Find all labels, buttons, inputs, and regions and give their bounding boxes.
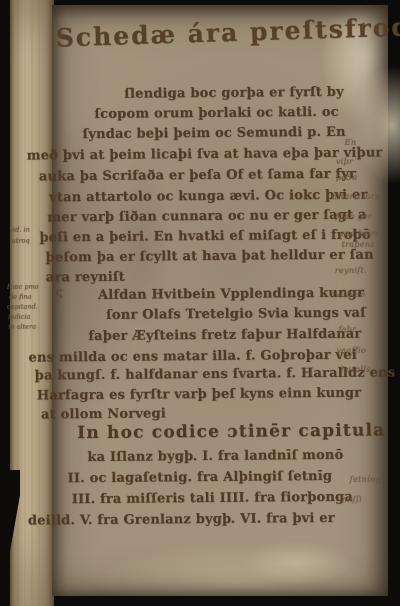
text-line: Alfdan Hvitbein Vpplendinga kungr: [98, 286, 364, 303]
text-line: III. fra miſſeris tali IIII. fra fiorþon…: [72, 490, 353, 507]
margin-note: vid. in: [9, 225, 29, 233]
body-text: ſlendiga boc gorþa er fyrſt byſcopom oru…: [0, 0, 397, 2]
text-line: með þvi at þeim licaþi ſva at hava eþa þ…: [27, 145, 383, 163]
margin-note: viþr: [336, 157, 353, 166]
text-line: ς: [56, 285, 62, 298]
manuscript-photo: Schedæ ára preſtsfroda 1 ſlendiga boc go…: [0, 0, 400, 606]
margin-note: hvitbein: [330, 290, 365, 299]
text-line: faþer Æyſteins fretz faþur Halfdanar: [88, 327, 361, 344]
text-line: ka Iſlanz bygþ. I. fra landnīſ monō: [87, 448, 343, 465]
text-line: þeſom þa er ſcyllt at hava þat helldur e…: [46, 247, 374, 265]
margin-note: vaaſfio: [336, 346, 366, 355]
left-marginalia: vid. inutroqHæc pmade finacapitand.indic…: [0, 0, 397, 2]
text-line: ens millda oc ens matar illa. f. Goþroþa…: [28, 348, 356, 366]
margin-note: miſſi: [342, 495, 362, 504]
text-line: at ollom Norvegi: [41, 406, 166, 422]
text-line: ſyndac beþi þeim oc Semundi p. En: [82, 125, 345, 142]
margin-note: ſþan ger: [335, 211, 372, 220]
right-marginalia: EnviþrþeSaattart. ioreſþan gerena þeirri…: [0, 0, 397, 2]
margin-note: Hæc pma: [7, 282, 39, 290]
margin-note: utroq: [11, 236, 29, 244]
margin-note: in altera: [8, 322, 36, 330]
margin-note: ſetníng: [350, 474, 381, 483]
text-line: II. oc lagaſetnig. fra Alþingiſ ſetnīg: [67, 469, 332, 486]
text-line: auka þa Scrifaða er þeſa Of et ſama far …: [39, 167, 356, 185]
margin-note: haralls: [341, 365, 371, 374]
margin-note: attart. iore: [332, 191, 380, 200]
margin-note: traþens: [341, 239, 374, 248]
folio-number: 1: [360, 21, 367, 34]
margin-note: faþr: [338, 325, 356, 334]
margin-note: indicia: [8, 312, 30, 320]
text-line: ſlendiga boc gorþa er fyrſt by: [124, 85, 344, 102]
margin-note: En: [345, 138, 357, 147]
text-line: vtan attartolo oc kunga ævi. Oc iokc þvi…: [49, 188, 368, 206]
text-line: Harfagra es fyrſtr varþ þeſ kyns einn ku…: [37, 386, 362, 404]
margin-note: capitand.: [7, 302, 38, 310]
margin-note: ena þeirri: [339, 228, 382, 237]
text-line: mer varþ ſiðan cunnara oc nu er ger ſagt…: [47, 208, 366, 226]
margin-note: de fina: [9, 292, 32, 300]
manuscript-title: Schedæ ára preſtsfroda: [55, 12, 400, 53]
margin-note: reyniſt.: [335, 266, 367, 275]
text-line: In hoc codice ɔtinēr capitula: [77, 420, 385, 443]
text-line: þeſi en a þeiri. En hvatki eſ miſagt eſ …: [39, 228, 371, 246]
margin-note: þeSa: [336, 173, 357, 182]
text-line: ara reyniſt: [46, 270, 125, 286]
text-line: ſcopom orum þorlaki oc katli. oc: [94, 105, 339, 122]
handwriting-layer: Schedæ ára preſtsfroda 1 ſlendiga boc go…: [0, 0, 400, 606]
text-line: ſonr Olafs Tretelgio Svia kungs vaſ: [106, 306, 366, 323]
text-line: deilld. V. fra Grenlanz bygþ. VI. fra þv…: [28, 511, 335, 529]
